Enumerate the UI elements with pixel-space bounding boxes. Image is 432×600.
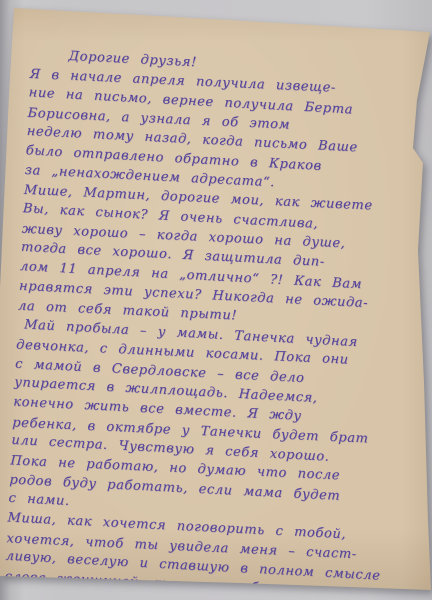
paper-shadow: Дорогие друзья! Я в начале апреля получи… xyxy=(0,0,432,600)
scan-background: Дорогие друзья! Я в начале апреля получи… xyxy=(0,0,432,600)
letter-paper: Дорогие друзья! Я в начале апреля получи… xyxy=(0,0,432,600)
letter-text: Дорогие друзья! Я в начале апреля получи… xyxy=(4,47,430,600)
